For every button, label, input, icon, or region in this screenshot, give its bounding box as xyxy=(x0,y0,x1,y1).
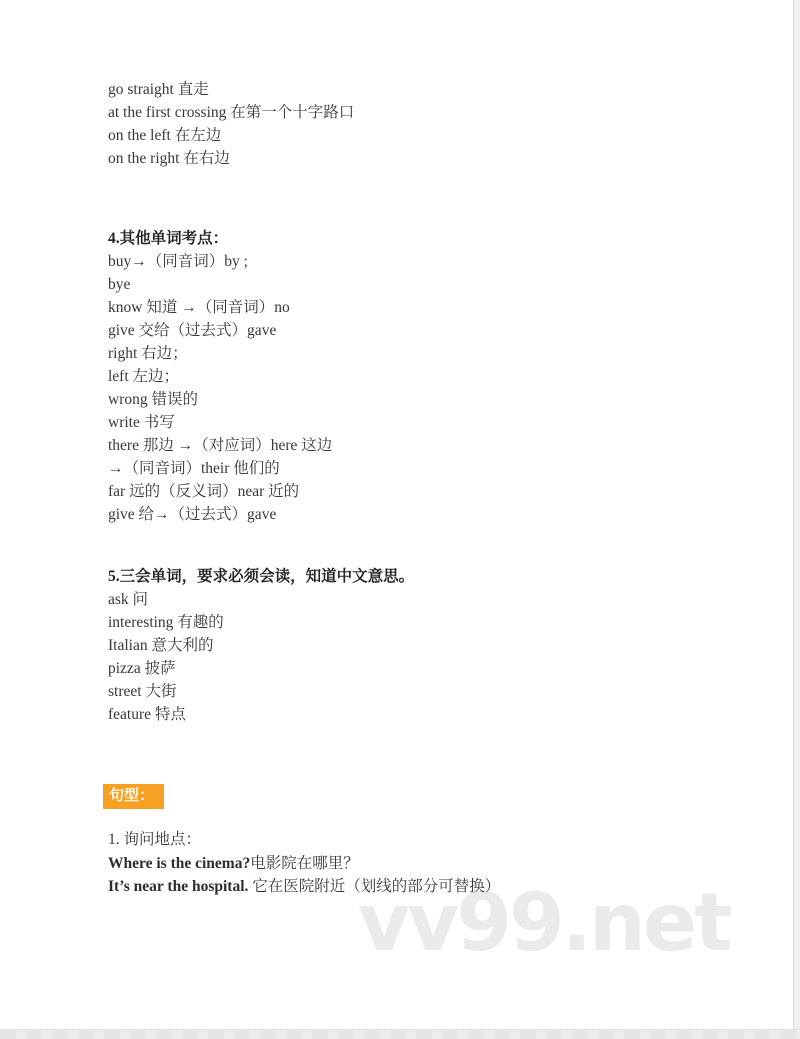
next-page-edge xyxy=(0,1029,800,1039)
vocab-line: there 那边 →（对应词）here 这边 xyxy=(108,434,332,457)
vocab-line: wrong 错误的 xyxy=(108,388,332,411)
section-other-word-points: 4.其他单词考点： buy→（同音词）by ; bye know 知道 →（同音… xyxy=(108,227,332,526)
vocab-line: know 知道 →（同音词）no xyxy=(108,296,332,319)
sentence-line: It’s near the hospital. 它在医院附近（划线的部分可替换） xyxy=(108,875,500,899)
sentence-pattern-block: 1. 询问地点： Where is the cinema?电影院在哪里？ It’… xyxy=(108,828,500,899)
sentence-line: Where is the cinema?电影院在哪里？ xyxy=(108,852,500,876)
vocab-line: ask 问 xyxy=(108,588,414,611)
phrase-line: on the right 在右边 xyxy=(108,147,354,170)
vocab-line: give 给→（过去式）gave xyxy=(108,503,332,526)
vocab-line: bye xyxy=(108,273,332,296)
vocab-line: buy→（同音词）by ; xyxy=(108,250,332,273)
sentence-chinese: 电影院在哪里？ xyxy=(250,855,359,872)
vocab-line: Italian 意大利的 xyxy=(108,634,414,657)
sentence-pattern-tag: 句型： xyxy=(103,784,164,809)
vocab-line: interesting 有趣的 xyxy=(108,611,414,634)
sentence-english: Where is the cinema? xyxy=(108,855,250,872)
sentence-item-heading: 1. 询问地点： xyxy=(108,828,500,852)
phrase-line: go straight 直走 xyxy=(108,78,354,101)
vocab-line: give 交给（过去式）gave xyxy=(108,319,332,342)
section5-heading: 5.三会单词，要求必须会读，知道中文意思。 xyxy=(108,565,414,588)
direction-phrases-block: go straight 直走 at the first crossing 在第一… xyxy=(108,78,354,170)
vocab-line: right 右边； xyxy=(108,342,332,365)
sentence-english: It’s near the hospital. xyxy=(108,878,248,895)
vocab-line: far 远的（反义词）near 近的 xyxy=(108,480,332,503)
document-page: vv99.net go straight 直走 at the first cro… xyxy=(0,0,800,1039)
phrase-line: at the first crossing 在第一个十字路口 xyxy=(108,101,354,124)
phrase-line: on the left 在左边 xyxy=(108,124,354,147)
section4-heading: 4.其他单词考点： xyxy=(108,227,332,250)
vocab-line: pizza 披萨 xyxy=(108,657,414,680)
page-right-edge xyxy=(793,0,800,1039)
vocab-line: →（同音词）their 他们的 xyxy=(108,457,332,480)
vocab-line: write 书写 xyxy=(108,411,332,434)
sentence-chinese: 它在医院附近（划线的部分可替换） xyxy=(248,878,500,895)
vocab-line: left 左边； xyxy=(108,365,332,388)
vocab-line: street 大街 xyxy=(108,680,414,703)
vocab-line: feature 特点 xyxy=(108,703,414,726)
section-three-skill-words: 5.三会单词，要求必须会读，知道中文意思。 ask 问 interesting … xyxy=(108,565,414,726)
